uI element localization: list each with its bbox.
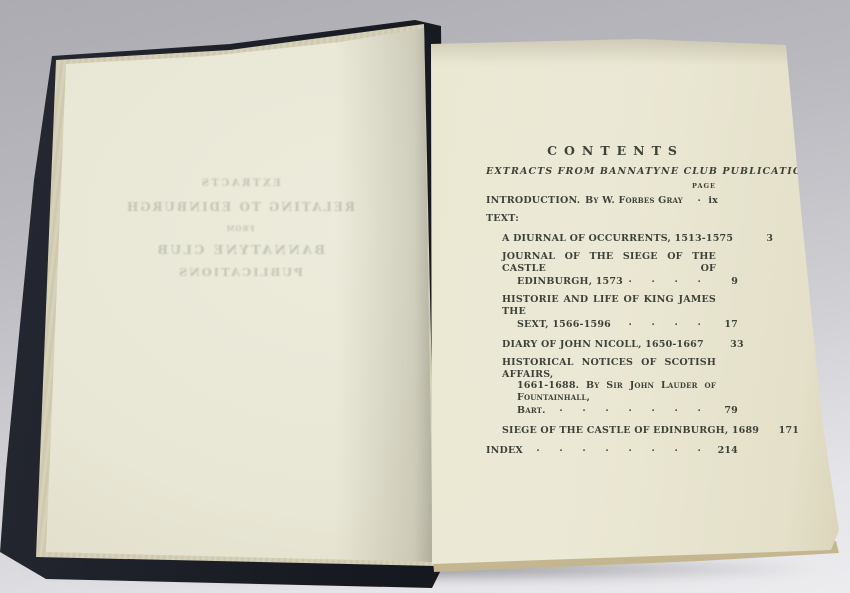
page-number: 17 <box>708 319 738 331</box>
toc-entry-line: SEXT, 1566-159617 <box>517 317 738 331</box>
table-of-contents: CONTENTS EXTRACTS FROM BANNATYNE CLUB PU… <box>486 143 738 463</box>
toc-entry: INTRODUCTION. By W. Forbes Grayix <box>486 193 738 207</box>
page-number: 171 <box>769 425 799 437</box>
book-photo: EXTRACTSRELATING TO EDINBURGHFROMBANNATY… <box>0 0 850 593</box>
toc-entry-line: INDEX214 <box>486 443 738 457</box>
toc-entry-text: SEXT, 1566-1596 <box>517 319 611 331</box>
toc-entry-line: SIEGE OF THE CASTLE OF EDINBURGH, 168917… <box>502 423 738 437</box>
dot-leader <box>551 403 703 413</box>
toc-entry-line: HISTORIE AND LIFE OF KING JAMES THE <box>502 294 716 317</box>
toc-entry-line: TEXT: <box>486 213 738 225</box>
toc-entries: INTRODUCTION. By W. Forbes GrayixTEXT:A … <box>486 193 738 457</box>
toc-entry: DIARY OF JOHN NICOLL, 1650-166733 <box>486 337 738 351</box>
toc-entry: A DIURNAL OF OCCURRENTS, 1513-15753 <box>486 231 738 245</box>
toc-entry-line: INTRODUCTION. By W. Forbes Grayix <box>486 193 738 207</box>
toc-entry-text: TEXT: <box>486 213 519 225</box>
page-column-label: PAGE <box>486 182 738 190</box>
toc-entry-text: A DIURNAL OF OCCURRENTS, 1513-1575 <box>502 233 733 245</box>
toc-entry-line: EDINBURGH, 15739 <box>517 274 738 288</box>
dot-leader <box>688 193 703 203</box>
toc-entry-line: A DIURNAL OF OCCURRENTS, 1513-15753 <box>502 231 738 245</box>
dot-leader <box>616 317 703 327</box>
toc-entry: HISTORIE AND LIFE OF KING JAMES THESEXT,… <box>486 294 738 331</box>
toc-entry: INDEX214 <box>486 443 738 457</box>
page-number: ix <box>708 195 738 207</box>
toc-entry: HISTORICAL NOTICES OF SCOTISH AFFAIRS,16… <box>486 357 738 417</box>
toc-entry-text: EDINBURGH, 1573 <box>517 276 623 288</box>
contents-heading: CONTENTS <box>486 143 738 158</box>
toc-entry-line: HISTORICAL NOTICES OF SCOTISH AFFAIRS, <box>502 357 716 380</box>
page-number: 79 <box>708 405 738 417</box>
contents-subtitle: EXTRACTS FROM BANNATYNE CLUB PUBLICATION… <box>486 166 738 177</box>
page-number: 33 <box>714 339 744 351</box>
page-number: 3 <box>743 233 773 245</box>
toc-entry-line: DIARY OF JOHN NICOLL, 1650-166733 <box>502 337 738 351</box>
toc-entry-text: DIARY OF JOHN NICOLL, 1650-1667 <box>502 339 704 351</box>
dot-leader <box>628 274 703 284</box>
toc-entry-text: Bart. <box>517 405 546 417</box>
toc-entry-line: 1661-1688. By Sir John Lauder of Fountai… <box>517 380 716 403</box>
page-top-shade <box>425 36 845 66</box>
dot-leader <box>528 443 703 453</box>
toc-entry-text: SIEGE OF THE CASTLE OF EDINBURGH, 1689 <box>502 425 759 437</box>
page-number: 214 <box>708 445 738 457</box>
toc-entry: JOURNAL OF THE SIEGE OF THE CASTLE OFEDI… <box>486 251 738 288</box>
toc-entry-text: INDEX <box>486 445 523 457</box>
toc-entry-text: INTRODUCTION. By W. Forbes Gray <box>486 195 683 207</box>
page-number: 9 <box>708 276 738 288</box>
toc-entry-line: JOURNAL OF THE SIEGE OF THE CASTLE OF <box>502 251 716 274</box>
toc-entry-line: Bart.79 <box>517 403 738 417</box>
toc-entry: TEXT: <box>486 213 738 225</box>
toc-entry: SIEGE OF THE CASTLE OF EDINBURGH, 168917… <box>486 423 738 437</box>
